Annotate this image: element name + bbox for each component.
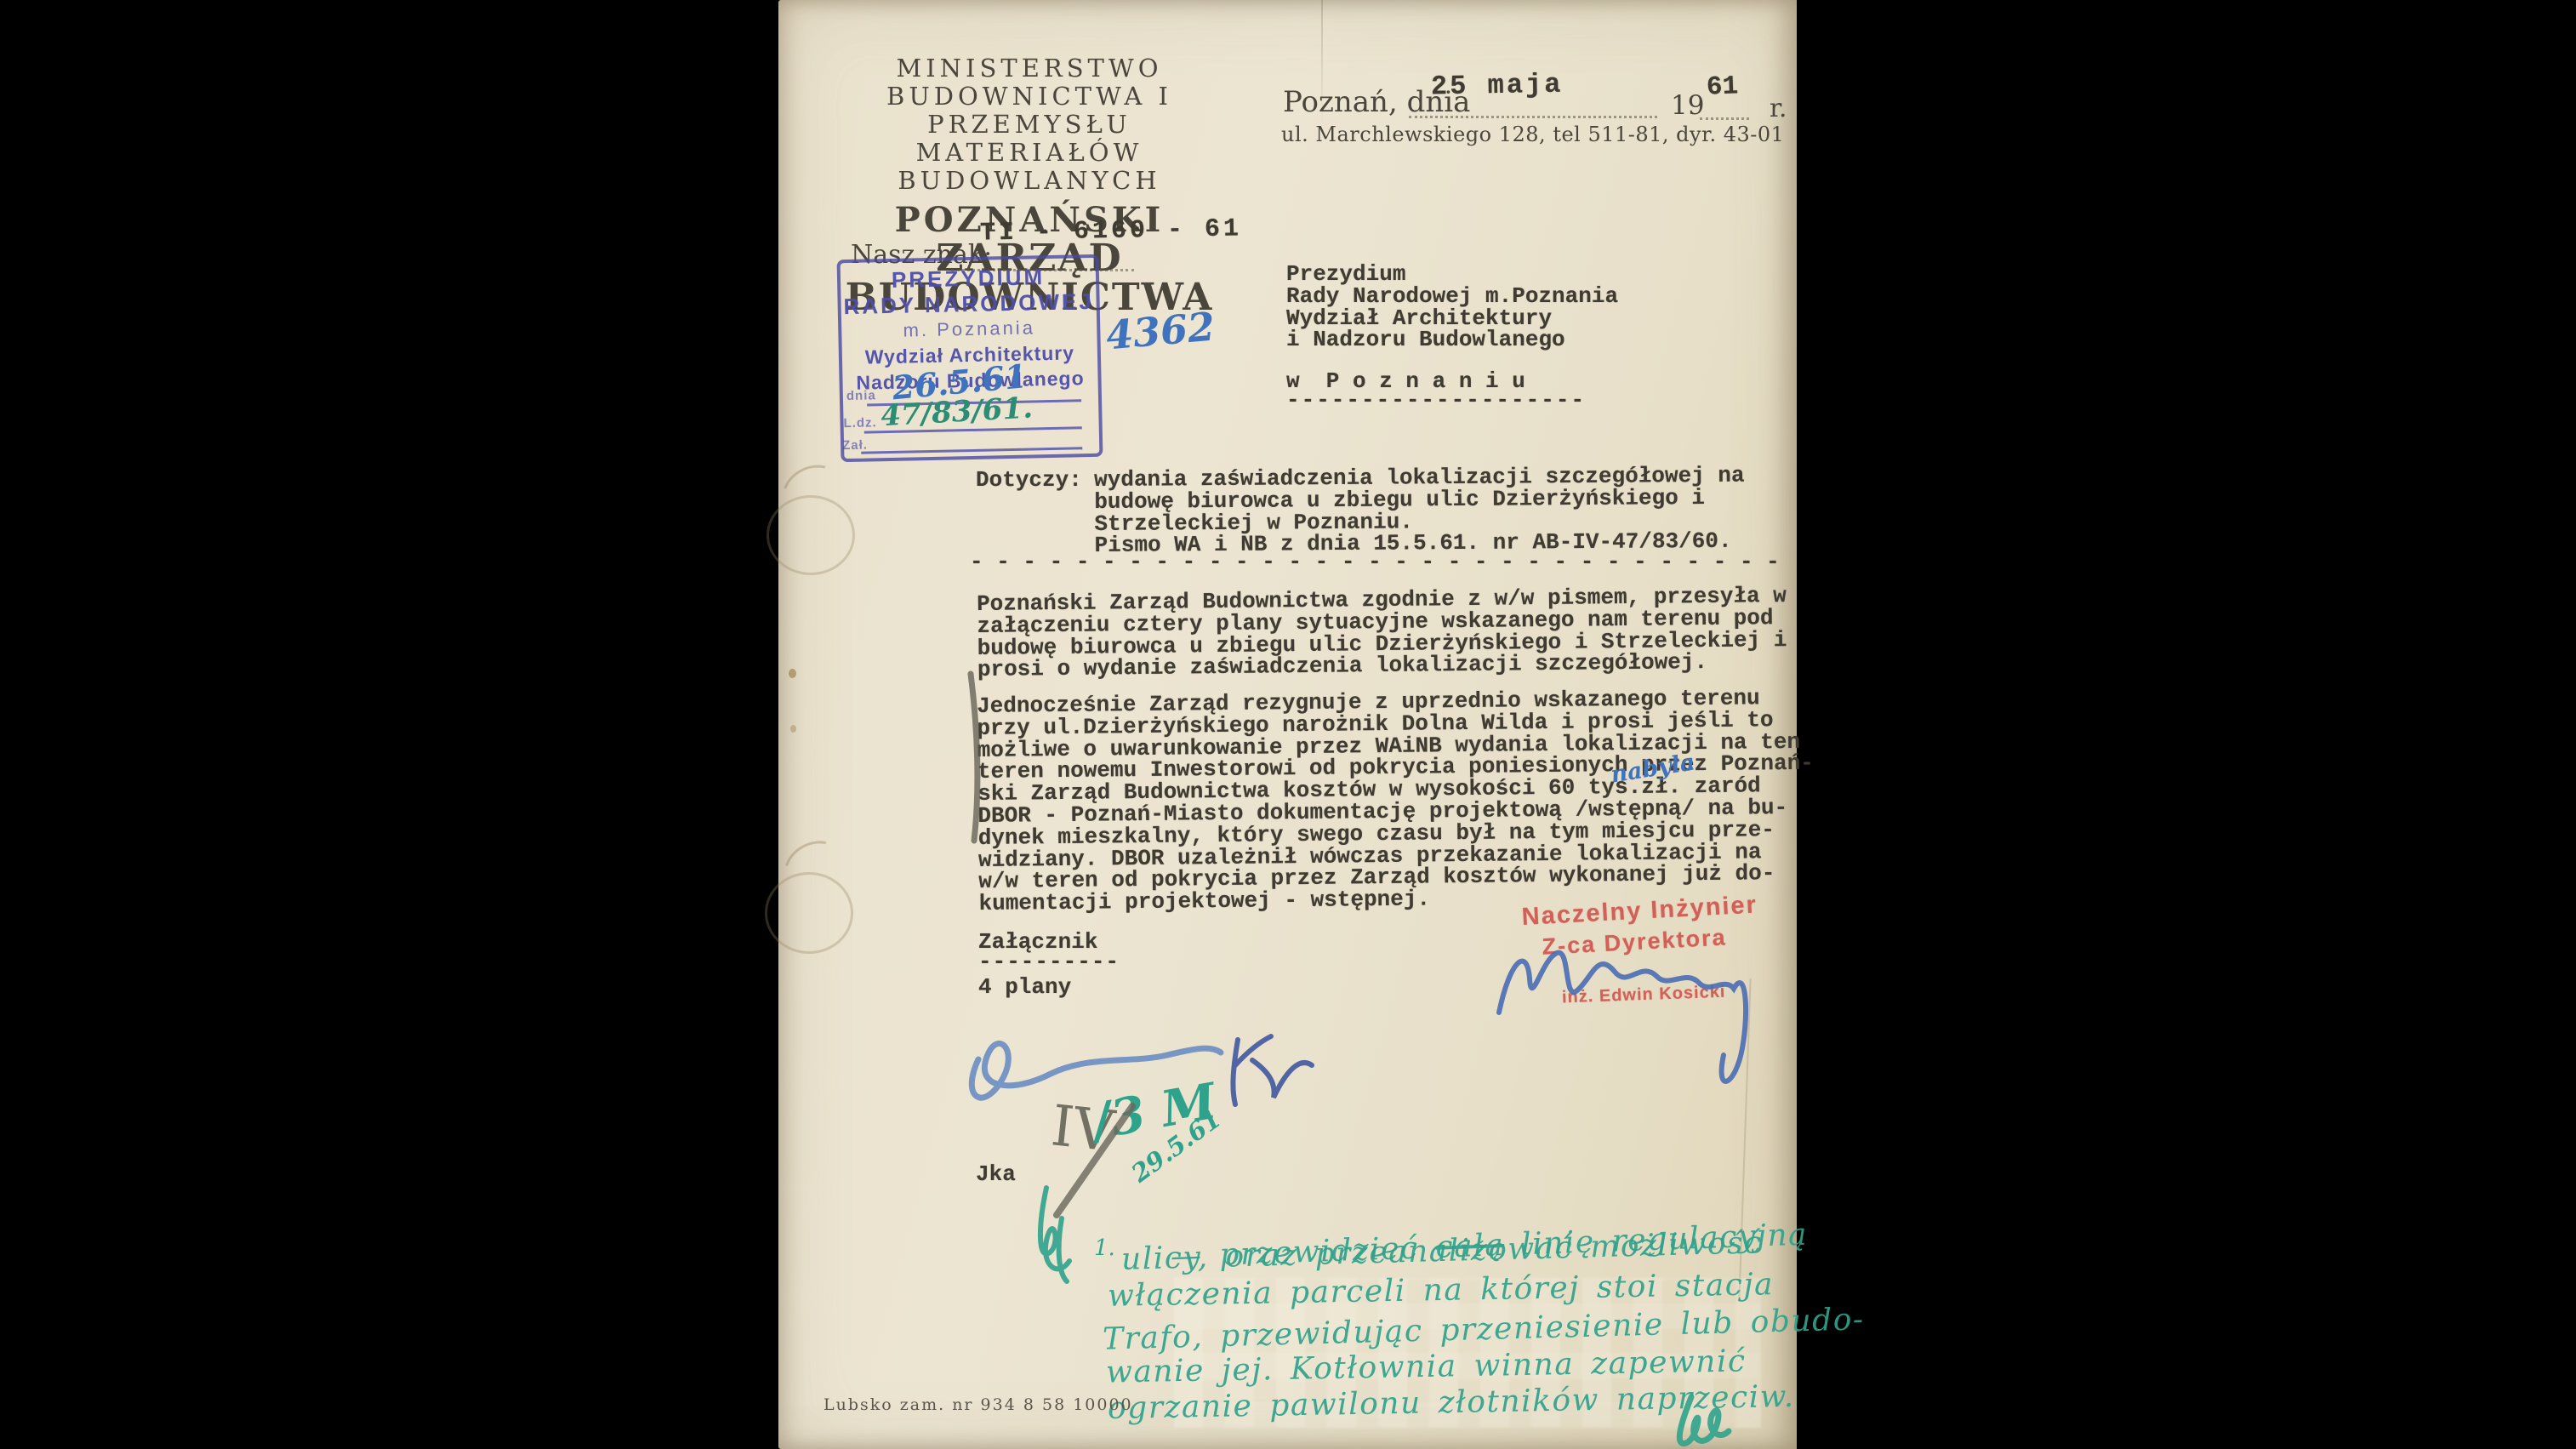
letterhead-address: ul. Marchlewskiego 128, tel 511-81, dyr.…	[1281, 123, 1784, 146]
recipient-underline: --------------------	[1286, 390, 1586, 412]
received-stamp-ldz-label: L.dz.	[843, 415, 877, 431]
ministry-line-1: MINISTERSTWO	[783, 54, 1276, 83]
received-stamp-line-3: m. Poznania	[841, 314, 1097, 345]
date-suffix: r.	[1770, 94, 1787, 123]
enclosure-rule: ----------	[978, 951, 1120, 973]
reference-value: TI - 6160 - 61	[980, 219, 1242, 245]
year-rule	[1700, 117, 1749, 120]
year-typed-value: 61	[1707, 76, 1739, 99]
scan-background: MINISTERSTWO BUDOWNICTWA I PRZEMYSŁU MAT…	[0, 0, 2576, 1449]
recipient-block: Prezydium Rady Narodowej m.Poznania Wydz…	[1286, 264, 1618, 351]
ministry-line-2: BUDOWNICTWA I PRZEMYSŁU	[783, 83, 1276, 139]
recipient-line: Rady Narodowej m.Poznania	[1286, 286, 1618, 308]
typist-initials: Jka	[976, 1164, 1016, 1186]
paper-crease-ring-1	[767, 495, 855, 575]
received-stamp: PREZYDIUM RADY NARODOWEJ m. Poznania Wyd…	[837, 254, 1103, 462]
received-stamp-date-label: dnia	[846, 388, 876, 403]
registry-number: 4362	[1104, 304, 1217, 359]
subject-block: wydania zaświadczenia lokalizacji szczeg…	[1094, 465, 1745, 558]
subject-label: Dotyczy:	[976, 470, 1082, 492]
date-rule	[1409, 116, 1657, 118]
received-stamp-ldz-value: 47/83/61.	[880, 391, 1034, 433]
paper-stain-dot-2	[790, 725, 796, 733]
date-typed-value: 25 maja	[1431, 74, 1564, 99]
recipient-line: i Nadzoru Budowlanego	[1286, 329, 1618, 351]
paper-crease-ring-2	[765, 872, 853, 954]
body-paragraph-1: Poznański Zarząd Budownictwa zgodnie z w…	[977, 585, 1787, 682]
printer-mark: Lubsko zam. nr 934 8 58 10000	[824, 1395, 1133, 1414]
divider-dashes: - - - - - - - - - - - - - - - - - - - - …	[970, 551, 1780, 573]
received-stamp-zal-label: Zał.	[842, 438, 868, 454]
subject-line: budowę biurowca u zbiegu ulic Dzierżyńsk…	[1094, 487, 1745, 513]
body-paragraph-2: Jednocześnie Zarząd rezygnuje z uprzedni…	[977, 687, 1815, 916]
approval-stamp: Naczelny Inżynier Z-ca Dyrektora	[1521, 891, 1760, 961]
enclosure-value: 4 plany	[978, 977, 1071, 999]
paper-stain-dot-1	[789, 669, 796, 678]
year-printed: 19	[1671, 90, 1704, 121]
ministry-line-3: MATERIAŁÓW BUDOWLANYCH	[783, 139, 1276, 195]
recipient-line: Prezydium	[1286, 264, 1618, 286]
